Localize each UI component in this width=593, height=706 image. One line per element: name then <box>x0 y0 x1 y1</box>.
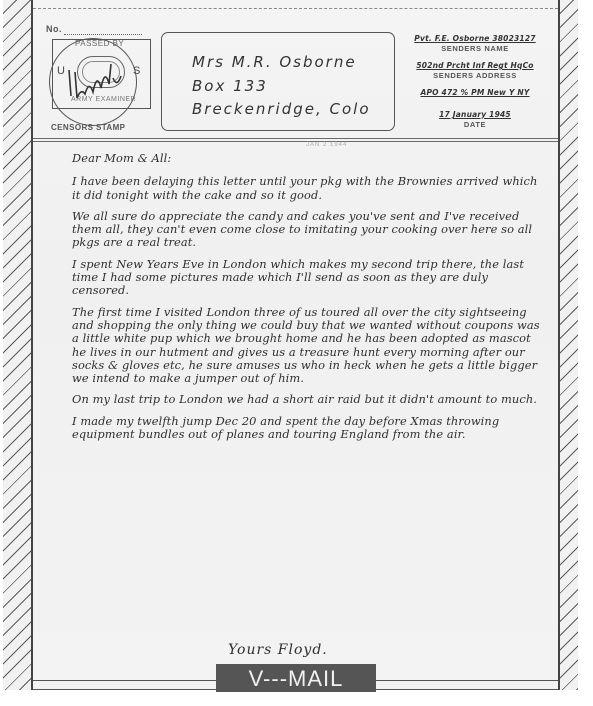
letter-paragraph: The first time I visited London three of… <box>72 306 542 386</box>
letter-paragraph: I spent New Years Eve in London which ma… <box>72 258 542 298</box>
sender-apo-field: APO 472 % PM New Y NY <box>401 88 549 97</box>
number-label: No. <box>46 24 62 34</box>
sender-address-field: 502nd Prcht Inf Regt HqCo SENDERS ADDRES… <box>401 61 549 80</box>
recipient-address-box: Mrs M.R. Osborne Box 133 Breckenridge, C… <box>161 32 395 131</box>
censor-stamp-label: CENSORS STAMP <box>51 123 125 132</box>
right-hatched-border <box>558 0 578 690</box>
letter-signature: Yours Floyd. <box>228 642 328 658</box>
recipient-city: Breckenridge, Colo <box>192 100 371 118</box>
date-label: DATE <box>401 120 549 129</box>
sender-name-label: SENDERS NAME <box>401 44 549 53</box>
left-hatched-border <box>3 0 33 690</box>
letter-body: Dear Mom & All: I have been delaying thi… <box>72 152 542 449</box>
censor-signature-scrawl-icon <box>63 58 138 103</box>
header-divider-2 <box>33 141 558 142</box>
recipient-box: Box 133 <box>192 77 268 95</box>
sender-name-field: Pvt. F.E. Osborne 38023127 SENDERS NAME <box>401 34 549 53</box>
vmail-badge: V---MAIL <box>216 664 376 692</box>
letter-paragraph: We all sure do appreciate the candy and … <box>72 210 542 250</box>
sender-address-value: 502nd Prcht Inf Regt HqCo <box>401 61 549 70</box>
sender-apo-value: APO 472 % PM New Y NY <box>401 88 549 97</box>
letter-paragraph: I have been delaying this letter until y… <box>72 175 542 202</box>
stamp-top-text: PASSED BY <box>75 39 124 48</box>
faint-postmark-date: JAN 2 1944 <box>306 142 347 148</box>
letter-paragraph: On my last trip to London we had a short… <box>72 393 542 406</box>
vmail-header: No. PASSED BY U S ARMY EXAMINER CENSORS … <box>33 8 558 138</box>
number-field <box>64 34 142 35</box>
sender-name-value: Pvt. F.E. Osborne 38023127 <box>401 34 549 43</box>
header-divider-1 <box>33 138 558 139</box>
sender-address-label: SENDERS ADDRESS <box>401 71 549 80</box>
date-value: 17 January 1945 <box>401 110 549 119</box>
letter-paragraph: I made my twelfth jump Dec 20 and spent … <box>72 415 542 442</box>
date-field: 17 January 1945 DATE <box>401 110 549 129</box>
recipient-name: Mrs M.R. Osborne <box>192 53 357 71</box>
letter-greeting: Dear Mom & All: <box>72 152 542 165</box>
